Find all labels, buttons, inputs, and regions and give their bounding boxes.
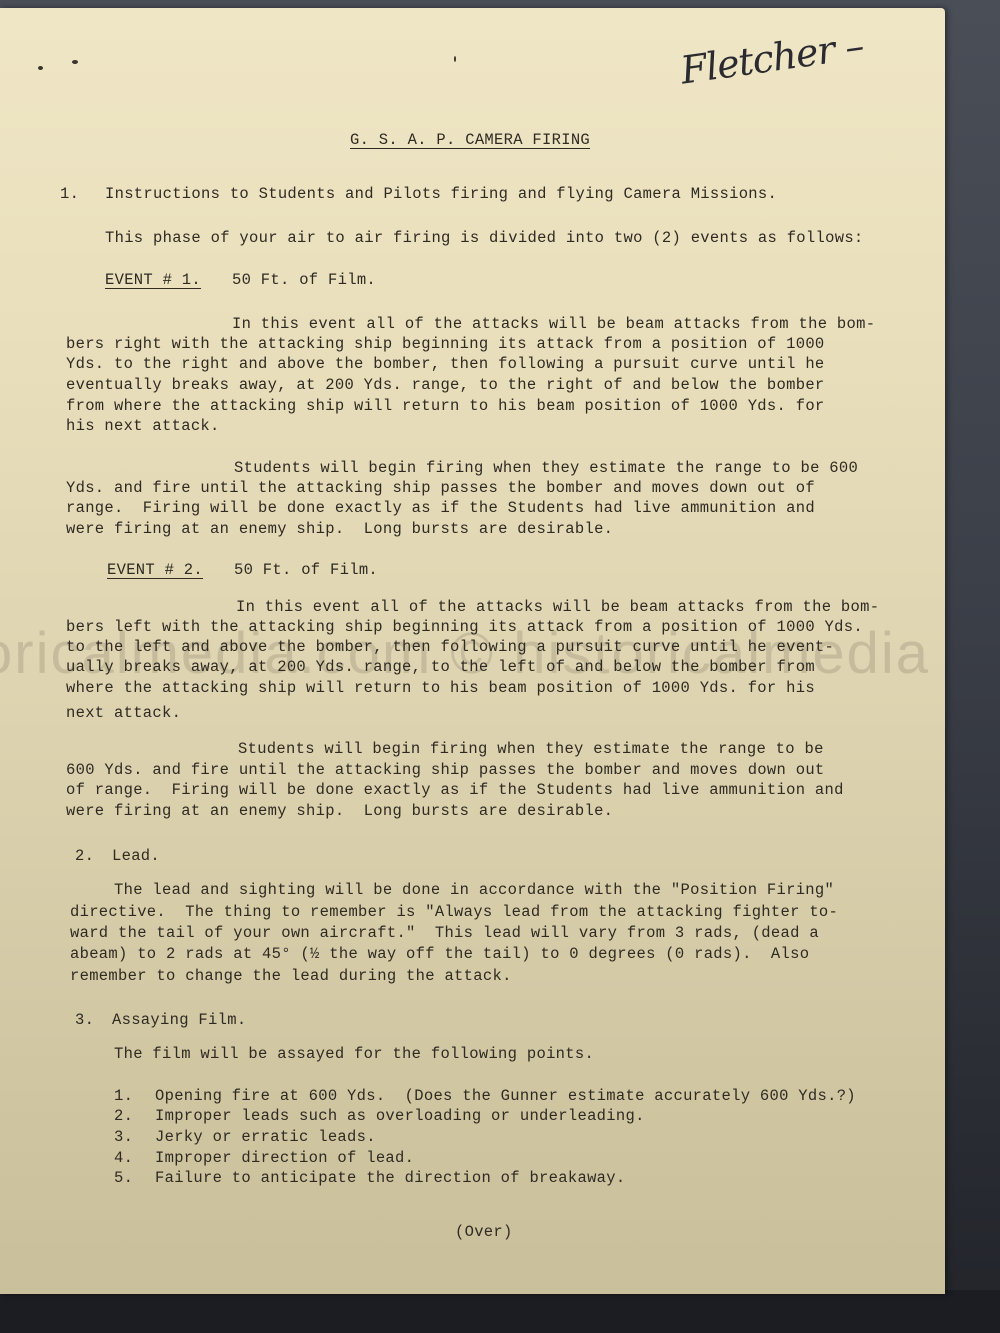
text-line: Students will begin firing when they est… <box>234 458 858 479</box>
section-1-heading: Instructions to Students and Pilots firi… <box>105 184 777 205</box>
text-line: next attack. <box>66 703 181 724</box>
text-line: directive. The thing to remember is "Alw… <box>70 902 838 923</box>
section-1-number: 1. <box>60 184 79 205</box>
text-line: Yds. to the right and above the bomber, … <box>66 354 825 375</box>
section-2-heading: Lead. <box>112 846 160 867</box>
text-line: were firing at an enemy ship. Long burst… <box>66 519 613 540</box>
text-line: abeam) to 2 rads at 45° (½ the way off t… <box>70 944 809 965</box>
text-line: remember to change the lead during the a… <box>70 966 512 987</box>
text-line: ward the tail of your own aircraft." Thi… <box>70 923 819 944</box>
list-item-text: Failure to anticipate the direction of b… <box>155 1168 625 1189</box>
list-item-number: 1. <box>114 1086 133 1107</box>
text-line: In this event all of the attacks will be… <box>236 597 879 618</box>
list-item-text: Improper direction of lead. <box>155 1148 414 1169</box>
text-line: from where the attacking ship will retur… <box>66 396 825 417</box>
page-title: G. S. A. P. CAMERA FIRING <box>350 130 590 151</box>
text-line: where the attacking ship will return to … <box>66 678 815 699</box>
text-line: were firing at an enemy ship. Long burst… <box>66 801 613 822</box>
text-line: eventually breaks away, at 200 Yds. rang… <box>66 375 825 396</box>
text-line: ually breaks away, at 200 Yds. range, to… <box>66 657 815 678</box>
typed-document-page: oricalmedia.com © historicalmedia Fletch… <box>0 8 945 1294</box>
ink-speck <box>38 66 43 70</box>
list-item-number: 4. <box>114 1148 133 1169</box>
text-line: Students will begin firing when they est… <box>238 739 824 760</box>
text-line: to the left and above the bomber, then f… <box>66 637 834 658</box>
list-item-text: Jerky or erratic leads. <box>155 1127 376 1148</box>
section-2-number: 2. <box>75 846 94 867</box>
list-item-text: Opening fire at 600 Yds. (Does the Gunne… <box>155 1086 856 1107</box>
list-item-number: 2. <box>114 1106 133 1127</box>
dark-background <box>0 1290 1000 1333</box>
page-footer-over: (Over) <box>455 1222 513 1243</box>
list-item-text: Improper leads such as overloading or un… <box>155 1106 645 1127</box>
text-line: of range. Firing will be done exactly as… <box>66 780 844 801</box>
ink-speck <box>72 60 78 64</box>
handwritten-signature: Fletcher – <box>678 23 866 92</box>
text-line: In this event all of the attacks will be… <box>232 314 875 335</box>
event-2-film: 50 Ft. of Film. <box>234 560 378 581</box>
ink-speck <box>454 56 456 62</box>
text-line: his next attack. <box>66 416 220 437</box>
section-1-intro: This phase of your air to air firing is … <box>105 228 864 249</box>
section-3-number: 3. <box>75 1010 94 1031</box>
section-3-heading: Assaying Film. <box>112 1010 246 1031</box>
list-item-number: 5. <box>114 1168 133 1189</box>
text-line: range. Firing will be done exactly as if… <box>66 498 815 519</box>
list-item-number: 3. <box>114 1127 133 1148</box>
text-line: The lead and sighting will be done in ac… <box>114 880 834 901</box>
text-line: Yds. and fire until the attacking ship p… <box>66 478 815 499</box>
section-3-intro: The film will be assayed for the followi… <box>114 1044 594 1065</box>
text-line: bers right with the attacking ship begin… <box>66 334 825 355</box>
text-line: bers left with the attacking ship beginn… <box>66 617 863 638</box>
event-1-label: EVENT # 1. <box>105 270 201 291</box>
event-1-film: 50 Ft. of Film. <box>232 270 376 291</box>
event-2-label: EVENT # 2. <box>107 560 203 581</box>
text-line: 600 Yds. and fire until the attacking sh… <box>66 760 825 781</box>
